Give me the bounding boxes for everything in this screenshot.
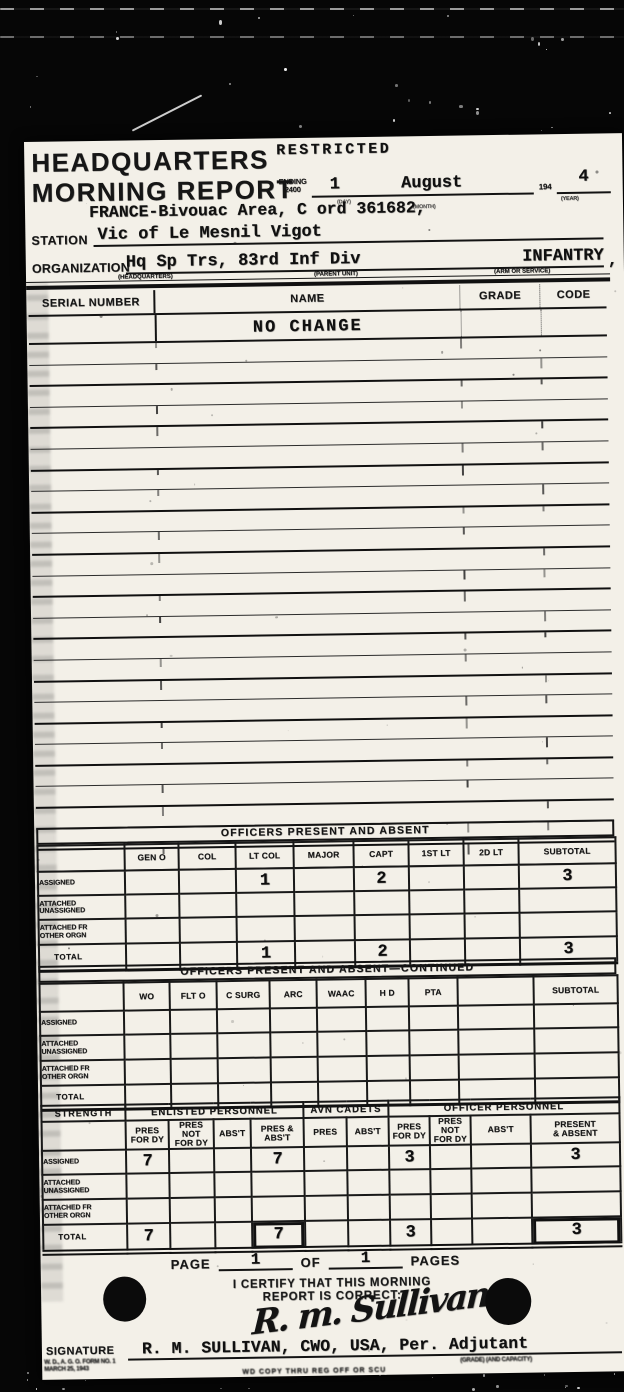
scan-dust xyxy=(36,858,39,861)
page-number-field: 1 xyxy=(218,1250,292,1271)
strength-section: STRENGTHENLISTED PERSONNELAVN CADETSOFFI… xyxy=(40,1096,620,1256)
table-cell xyxy=(214,1148,251,1173)
table-cell xyxy=(318,1056,367,1082)
column-tick xyxy=(161,743,163,749)
form-header: HEADQUARTERS MORNING REPORT RESTRICTED E… xyxy=(24,133,624,288)
row-label-header xyxy=(42,1121,126,1151)
film-speck xyxy=(561,38,564,41)
column-tick xyxy=(544,633,546,638)
table-cell xyxy=(464,865,519,890)
film-speck xyxy=(27,1379,29,1381)
scan-dust xyxy=(619,1051,622,1054)
column-header: WAAC xyxy=(316,979,365,1008)
arm-suffix: , xyxy=(608,251,618,269)
scan-dust xyxy=(368,1349,371,1352)
film-speck xyxy=(393,119,395,122)
table-cell xyxy=(214,1172,251,1198)
table-cell xyxy=(347,1170,389,1196)
column-tick xyxy=(465,654,467,661)
scan-dust xyxy=(513,374,515,376)
page-count-line: PAGE 1 OF 1 PAGES xyxy=(170,1248,460,1272)
table-cell xyxy=(170,1033,217,1059)
film-speck xyxy=(229,83,232,86)
column-tick xyxy=(162,785,164,793)
column-tick xyxy=(541,422,543,429)
column-tick xyxy=(545,675,547,682)
pages-total-field: 1 xyxy=(328,1249,402,1270)
column-header-grade: GRADE xyxy=(459,284,540,308)
column-header: COL xyxy=(178,843,235,870)
column-tick xyxy=(542,506,544,511)
scan-dust xyxy=(276,616,278,618)
table-cell xyxy=(410,914,465,940)
column-header: MAJOR xyxy=(293,841,353,868)
column-tick xyxy=(161,723,163,728)
table-cell xyxy=(409,1006,458,1031)
table-cell xyxy=(317,1031,366,1057)
film-speck xyxy=(609,112,611,114)
film-speck xyxy=(395,84,398,87)
column-tick xyxy=(466,718,468,728)
column-header: H D xyxy=(365,978,408,1007)
column-header-code: CODE xyxy=(540,283,607,307)
row-label: ATTACHED FR OTHER ORGN xyxy=(39,919,126,945)
film-speck xyxy=(476,111,479,115)
film-speck xyxy=(459,105,462,108)
table-cell xyxy=(295,915,355,941)
page-number: 1 xyxy=(251,1251,261,1269)
table-cell xyxy=(304,1146,347,1171)
date-value: 1 August xyxy=(330,174,463,195)
page-label: PAGE xyxy=(171,1256,211,1272)
table-cell xyxy=(179,893,236,918)
table-cell xyxy=(237,916,295,942)
table-cell xyxy=(304,1170,347,1196)
table-cell xyxy=(171,1058,218,1084)
column-header: PRESENT & ABSENT xyxy=(530,1113,619,1143)
table-cell xyxy=(270,1032,317,1058)
scan-dust xyxy=(405,1078,407,1080)
column-header: GEN O xyxy=(124,844,178,871)
organization-value: Hq Sp Trs, 83rd Inf Div xyxy=(126,250,361,272)
film-scratch xyxy=(132,94,202,131)
table-cell xyxy=(464,889,519,914)
column-tick xyxy=(158,532,160,540)
table-cell xyxy=(252,1196,305,1222)
column-header: C SURG xyxy=(216,980,269,1009)
column-tick xyxy=(157,470,159,475)
film-speck xyxy=(544,1374,545,1375)
scan-dust xyxy=(217,1265,219,1267)
column-tick xyxy=(158,554,160,563)
scan-dust xyxy=(100,315,103,318)
film-speck xyxy=(541,130,542,131)
table-cell xyxy=(170,1197,215,1223)
column-tick xyxy=(462,507,464,513)
scan-dust xyxy=(41,1195,43,1197)
table-cell xyxy=(125,870,179,895)
film-speck xyxy=(476,108,479,110)
column-divider xyxy=(541,309,543,335)
scan-dust xyxy=(463,648,466,651)
column-tick xyxy=(542,484,544,494)
row-label: ASSIGNED xyxy=(42,1150,126,1175)
film-speck xyxy=(284,68,287,72)
table-cell xyxy=(126,918,180,944)
column-tick xyxy=(543,569,545,577)
film-speck xyxy=(538,42,541,45)
date-field: 1 August xyxy=(311,168,533,197)
table-cell xyxy=(458,1005,534,1030)
film-speck xyxy=(353,15,354,16)
table-cell xyxy=(409,1030,458,1056)
year-field: 4 xyxy=(556,167,610,194)
table-cell xyxy=(124,1034,170,1060)
film-speck xyxy=(299,125,302,128)
column-header: CAPT xyxy=(353,840,408,867)
column-tick xyxy=(155,364,157,370)
table-cell xyxy=(127,1198,170,1224)
column-tick xyxy=(155,343,157,348)
table-cell xyxy=(409,890,464,915)
table-cell xyxy=(354,890,409,915)
film-speck xyxy=(577,1387,580,1389)
table-cell xyxy=(170,1009,217,1034)
scan-dust xyxy=(522,667,523,668)
scan-dust xyxy=(322,956,324,958)
column-header: PRES NOT FOR DY xyxy=(169,1119,214,1149)
film-speck xyxy=(565,1387,567,1388)
column-header: PRES xyxy=(304,1117,347,1147)
table-cell xyxy=(464,913,519,939)
column-header xyxy=(457,977,533,1006)
table-cell xyxy=(459,1054,535,1080)
ending-label: ENDING 2400 xyxy=(279,178,307,194)
column-tick xyxy=(541,380,543,385)
scan-dust xyxy=(156,914,159,917)
column-header: 1ST LT xyxy=(408,840,463,867)
arm-value: INFANTRY xyxy=(522,246,604,266)
film-speck xyxy=(483,1374,485,1376)
scan-dust xyxy=(596,171,599,174)
row-label: ATTACHED UNASSIGNED xyxy=(42,1174,126,1200)
table-cell: 7 xyxy=(126,1149,169,1174)
table-cell xyxy=(271,1057,318,1083)
column-tick xyxy=(543,548,545,555)
column-tick xyxy=(159,596,161,601)
strength-title: STRENGTH xyxy=(41,1105,125,1122)
column-tick xyxy=(462,465,464,475)
officers-present-absent-table: GEN OCOLLT COLMAJORCAPT1ST LT2D LTSUBTOT… xyxy=(36,836,618,972)
table-cell xyxy=(472,1193,532,1219)
column-header: WO xyxy=(123,982,169,1011)
table-cell xyxy=(409,866,464,891)
column-header: PRES FOR DY xyxy=(126,1120,169,1150)
table-cell xyxy=(430,1168,471,1194)
film-speck xyxy=(614,1373,616,1375)
film-speck xyxy=(429,101,432,104)
table-cell xyxy=(217,1008,270,1033)
table-cell xyxy=(125,1059,171,1085)
roster-blank-rows xyxy=(29,336,615,871)
table-cell xyxy=(169,1172,214,1198)
row-label: ATTACHED UNASSIGNED xyxy=(40,1035,124,1061)
film-speck xyxy=(62,1388,65,1390)
column-tick xyxy=(160,659,162,667)
row-label: ASSIGNED xyxy=(40,1011,124,1036)
column-tick xyxy=(546,738,548,748)
scan-dust xyxy=(61,169,63,171)
row-label-header xyxy=(37,845,124,872)
table-cell xyxy=(519,887,616,912)
film-speck xyxy=(85,1380,86,1381)
signature-label: SIGNATURE xyxy=(46,1345,115,1358)
column-tick xyxy=(544,611,546,621)
table-cell xyxy=(236,892,294,917)
film-speck xyxy=(219,20,222,25)
column-tick xyxy=(547,801,549,808)
scan-dust xyxy=(441,351,444,354)
table-cell xyxy=(355,914,410,940)
table-cell: 1 xyxy=(236,868,294,893)
scan-dust xyxy=(606,1322,607,1323)
column-header-serial: SERIAL NUMBER xyxy=(28,296,153,310)
column-tick xyxy=(461,401,463,408)
column-header: SUBTOTAL xyxy=(518,837,615,864)
officers-continued-section: OFFICERS PRESENT AND ABSENT—CONTINUED WO… xyxy=(38,957,618,1111)
column-tick xyxy=(463,570,465,579)
table-cell xyxy=(270,1008,317,1033)
film-speck xyxy=(496,1385,499,1388)
scan-dust xyxy=(446,823,448,825)
table-cell xyxy=(535,1052,619,1078)
table-cell xyxy=(366,1006,409,1031)
column-tick xyxy=(466,760,468,766)
row-label: ASSIGNED xyxy=(38,871,125,896)
table-cell xyxy=(294,867,354,892)
table-cell xyxy=(431,1193,472,1219)
officers-continued-table: WOFLT OC SURGARCWAACH DPTASUBTOTALASSIGN… xyxy=(38,974,620,1111)
film-speck xyxy=(248,1388,250,1390)
table-cell: 3 xyxy=(389,1145,430,1170)
column-header: PRES & ABS'T xyxy=(251,1118,304,1148)
column-tick xyxy=(546,759,548,764)
signature-field: R. M. SULLIVAN, CWO, USA, Per. Adjutant xyxy=(128,1329,622,1360)
column-header: SUBTOTAL xyxy=(533,975,617,1004)
column-tick xyxy=(462,443,464,452)
table-cell xyxy=(430,1144,471,1169)
group-header: AVN CADETS xyxy=(303,1101,388,1118)
document-page: HEADQUARTERS MORNING REPORT RESTRICTED E… xyxy=(24,133,624,1380)
film-speck xyxy=(220,1388,222,1390)
scan-dust xyxy=(194,484,195,485)
column-tick xyxy=(464,634,466,640)
film-speck xyxy=(472,1388,475,1391)
film-speck xyxy=(447,15,449,18)
table-cell xyxy=(317,1007,366,1032)
film-speck xyxy=(36,76,39,78)
table-cell xyxy=(215,1197,252,1223)
film-speck xyxy=(258,17,260,19)
roster-entry: NO CHANGE xyxy=(155,316,461,340)
column-tick xyxy=(464,592,466,602)
table-cell xyxy=(532,1191,621,1217)
column-tick xyxy=(467,781,469,788)
column-header: PRES FOR DY xyxy=(388,1116,429,1146)
column-tick xyxy=(463,528,465,535)
column-tick xyxy=(542,442,544,450)
strength-table: STRENGTHENLISTED PERSONNELAVN CADETSOFFI… xyxy=(40,1096,622,1256)
table-cell xyxy=(366,1030,409,1056)
table-cell xyxy=(126,1173,169,1199)
column-tick xyxy=(545,695,547,703)
table-cell xyxy=(471,1144,531,1169)
film-speck xyxy=(408,99,411,102)
film-scratch xyxy=(0,8,624,10)
column-header: PTA xyxy=(408,978,457,1007)
column-tick xyxy=(162,807,164,816)
column-header: ABS'T xyxy=(470,1115,530,1145)
film-speck xyxy=(116,31,118,33)
table-cell xyxy=(124,1010,170,1035)
microfilm-scan: HEADQUARTERS MORNING REPORT RESTRICTED E… xyxy=(0,0,624,1392)
column-tick xyxy=(540,358,542,368)
table-cell: 3 xyxy=(531,1142,620,1167)
table-cell xyxy=(367,1055,410,1081)
table-cell xyxy=(534,1027,618,1053)
grade-capacity-caption: (GRADE) (AND CAPACITY) xyxy=(460,1357,532,1364)
column-header: FLT O xyxy=(169,981,216,1010)
organization-label: ORGANIZATION xyxy=(32,260,130,275)
of-label: OF xyxy=(300,1255,320,1270)
table-cell xyxy=(531,1166,620,1192)
table-cell xyxy=(305,1195,348,1221)
pages-total: 1 xyxy=(361,1249,371,1267)
table-cell xyxy=(389,1169,430,1195)
film-speck xyxy=(546,49,547,50)
table-cell xyxy=(519,911,616,937)
year-digit: 4 xyxy=(578,168,588,187)
scan-dust xyxy=(429,229,431,231)
roster-table: SERIAL NUMBER NAME GRADE CODE NO CHANGE xyxy=(28,283,615,871)
column-header-name: NAME xyxy=(153,286,459,314)
table-cell xyxy=(471,1168,531,1194)
column-tick xyxy=(160,681,162,690)
column-tick xyxy=(460,339,462,349)
film-speck xyxy=(551,127,552,128)
form-title-line1: HEADQUARTERS xyxy=(31,144,269,179)
film-speck xyxy=(36,1388,38,1389)
table-cell: 7 xyxy=(251,1147,304,1172)
station-label: STATION xyxy=(31,233,88,248)
table-cell xyxy=(294,891,354,916)
row-label-header xyxy=(39,983,123,1012)
table-cell xyxy=(180,917,237,943)
table-cell: 3 xyxy=(519,863,616,888)
row-label: ATTACHED UNASSIGNED xyxy=(38,895,125,920)
signature-typed: R. M. SULLIVAN, CWO, USA, Per. Adjutant xyxy=(142,1334,528,1359)
table-cell xyxy=(179,869,236,894)
film-speck xyxy=(432,1377,433,1378)
table-cell xyxy=(217,1032,270,1058)
year-caption: (YEAR) xyxy=(561,196,579,202)
table-cell xyxy=(348,1195,390,1221)
scan-dust xyxy=(402,287,403,288)
column-header: 2D LT xyxy=(463,839,518,866)
scan-dust xyxy=(231,1020,234,1023)
officers-section: OFFICERS PRESENT AND ABSENT GEN OCOLLT C… xyxy=(36,819,616,972)
column-tick xyxy=(465,697,467,706)
film-speck xyxy=(27,1372,29,1375)
column-tick xyxy=(157,490,159,496)
form-number: W. D., A. G. O. FORM NO. 1 MARCH 25, 194… xyxy=(44,1359,115,1374)
year-prefix: 194 xyxy=(539,182,552,191)
row-label: ATTACHED FR OTHER ORGN xyxy=(41,1060,125,1086)
table-cell xyxy=(218,1057,271,1083)
table-cell xyxy=(347,1146,389,1171)
film-speck xyxy=(116,37,119,41)
film-speck xyxy=(531,37,534,42)
distribution-note: WD COPY THRU REG OFF OR SCU xyxy=(242,1367,386,1376)
column-header: ABS'T xyxy=(347,1117,389,1147)
column-header: PRES NOT FOR DY xyxy=(429,1115,470,1145)
column-tick xyxy=(159,617,161,623)
column-tick xyxy=(461,381,463,387)
table-cell xyxy=(410,1055,459,1081)
column-tick xyxy=(156,427,158,436)
scan-dust xyxy=(213,212,215,214)
scan-dust xyxy=(614,290,616,292)
column-header: ARC xyxy=(269,980,316,1009)
scan-dust xyxy=(573,1005,574,1006)
table-cell xyxy=(169,1148,214,1173)
station-value: Vic of Le Mesnil Vigot xyxy=(97,223,322,245)
film-speck xyxy=(30,106,32,108)
form-number-line2: MARCH 25, 1943 xyxy=(44,1366,115,1374)
pages-label: PAGES xyxy=(410,1253,460,1269)
column-header: LT COL xyxy=(235,842,293,869)
table-cell xyxy=(390,1194,431,1220)
classification-stamp: RESTRICTED xyxy=(276,141,391,160)
table-cell xyxy=(251,1171,304,1197)
signature-row: SIGNATURE R. M. SULLIVAN, CWO, USA, Per.… xyxy=(44,1329,622,1362)
table-cell xyxy=(125,894,179,919)
table-cell: 2 xyxy=(354,866,409,891)
table-cell xyxy=(458,1029,534,1055)
table-cell xyxy=(534,1003,618,1028)
column-header: ABS'T xyxy=(214,1119,251,1149)
row-label: ATTACHED FR OTHER ORGN xyxy=(43,1199,127,1225)
column-tick xyxy=(156,406,158,414)
